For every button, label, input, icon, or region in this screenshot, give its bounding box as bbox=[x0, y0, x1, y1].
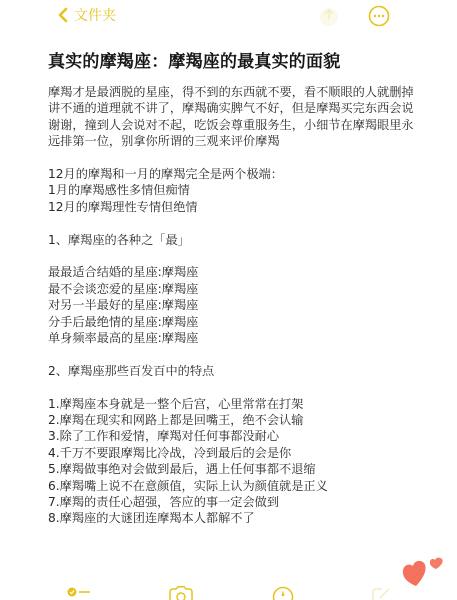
checklist-icon[interactable] bbox=[66, 586, 92, 600]
markup-pen-icon[interactable] bbox=[272, 586, 294, 600]
chevron-left-icon bbox=[58, 7, 68, 23]
list-item: 2.摩羯在现实和网路上都是回嘴王，绝不会认输 bbox=[48, 412, 420, 428]
back-button[interactable]: 文件夹 bbox=[58, 5, 116, 25]
list-item: 6.摩羯嘴上说不在意颜值，实际上认为颜值就是正义 bbox=[48, 478, 420, 494]
section-heading: 1、摩羯座的各种之「最」 bbox=[48, 232, 420, 248]
blank-line bbox=[48, 379, 420, 395]
paragraph: 摩羯才是最洒脱的星座，得不到的东西就不要，看不顺眼的人就删掉 bbox=[48, 84, 420, 100]
list-item: 单身频率最高的星座:摩羯座 bbox=[48, 330, 420, 346]
navigation-bar: 文件夹 bbox=[0, 0, 457, 34]
blank-line bbox=[48, 215, 420, 231]
blank-line bbox=[48, 150, 420, 166]
list-item: 8.摩羯座的大谜团连摩羯本人都解不了 bbox=[48, 510, 420, 526]
compose-icon[interactable] bbox=[370, 586, 392, 600]
list-item: 1.摩羯座本身就是一整个后宫，心里常常在打架 bbox=[48, 396, 420, 412]
paragraph: 12月的摩羯理性专情但绝情 bbox=[48, 199, 420, 215]
list-item: 最最适合结婚的星座:摩羯座 bbox=[48, 264, 420, 280]
section-heading: 2、摩羯座那些百发百中的特点 bbox=[48, 363, 420, 379]
paragraph: 12月的摩羯和一月的摩羯完全是两个极端： bbox=[48, 166, 420, 182]
back-label: 文件夹 bbox=[74, 5, 116, 25]
paragraph: 讲不通的道理就不讲了，摩羯确实脾气不好，但是摩羯买完东西会说谢谢，撞到人会说对不… bbox=[48, 100, 420, 149]
list-item: 对另一半最好的星座:摩羯座 bbox=[48, 297, 420, 313]
blank-line bbox=[48, 346, 420, 362]
blank-line bbox=[48, 248, 420, 264]
list-item: 4.千万不要跟摩羯比冷战，冷到最后的会是你 bbox=[48, 445, 420, 461]
more-ellipsis-icon[interactable] bbox=[368, 5, 390, 27]
camera-icon[interactable] bbox=[168, 586, 194, 600]
hearts-sticker-icon bbox=[400, 552, 448, 588]
paragraph: 1月的摩羯感性多情但痴情 bbox=[48, 182, 420, 198]
share-icon[interactable] bbox=[318, 6, 340, 28]
list-item: 3.除了工作和爱情，摩羯对任何事都没耐心 bbox=[48, 428, 420, 444]
bottom-toolbar bbox=[0, 584, 457, 600]
list-item: 5.摩羯做事绝对会做到最后，遇上任何事都不退缩 bbox=[48, 461, 420, 477]
note-title: 真实的摩羯座：摩羯座的最真实的面貌 bbox=[48, 47, 340, 72]
list-item: 分手后最绝情的星座:摩羯座 bbox=[48, 314, 420, 330]
list-item: 7.摩羯的责任心超强，答应的事一定会做到 bbox=[48, 494, 420, 510]
note-body[interactable]: 摩羯才是最洒脱的星座，得不到的东西就不要，看不顺眼的人就删掉 讲不通的道理就不讲… bbox=[48, 84, 420, 527]
list-item: 最不会谈恋爱的星座:摩羯座 bbox=[48, 281, 420, 297]
